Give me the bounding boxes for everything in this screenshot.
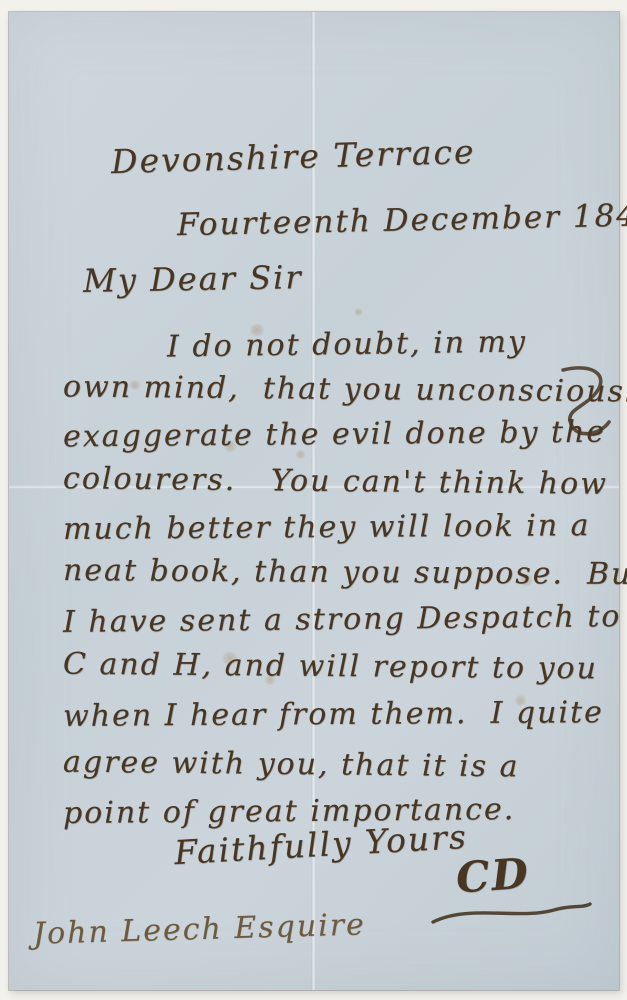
date-line: Fourteenth December 1843. xyxy=(177,200,627,241)
pen-flourish xyxy=(545,364,615,460)
salutation: My Dear Sir xyxy=(83,261,303,297)
address-line: Devonshire Terrace xyxy=(111,135,476,178)
letter-page: Devonshire Terrace Fourteenth December 1… xyxy=(9,12,619,990)
letter-scan: Devonshire Terrace Fourteenth December 1… xyxy=(0,0,627,1000)
signature-underline-flourish xyxy=(429,900,594,930)
body-line: C and H, and will report to you xyxy=(63,650,598,685)
body-line: exaggerate the evil done by the xyxy=(63,418,606,453)
foxing-stain xyxy=(354,308,363,316)
body-line: I have sent a strong Despatch to xyxy=(63,602,622,638)
body-line: neat book, than you suppose. But xyxy=(63,556,627,590)
body-line: much better they will look in a xyxy=(63,511,591,545)
body-line: when I hear from them. I quite xyxy=(63,698,604,732)
body-line: agree with you, that it is a xyxy=(63,748,520,783)
body-line: I do not doubt, in my xyxy=(167,327,527,362)
body-line: colourers. You can't think how xyxy=(63,464,608,500)
signature: CD xyxy=(455,852,532,899)
body-line: own mind, that you unconsciously xyxy=(63,372,627,407)
addressee-line: John Leech Esquire xyxy=(33,910,367,949)
